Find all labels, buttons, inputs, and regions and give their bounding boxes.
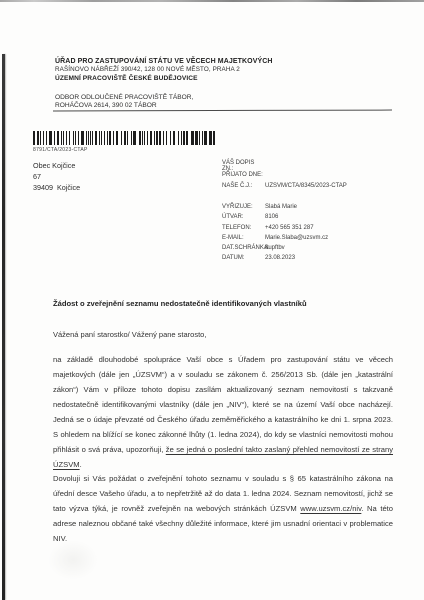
meta-value: UZSVM/CTA/8345/2023-CTAP <box>265 183 347 195</box>
meta-row-unit: ÚTVAR: 8106 <box>222 214 328 224</box>
department-block: ODBOR ODLOUČENÉ PRACOVIŠTĚ TÁBOR, ROHÁČO… <box>55 94 193 111</box>
meta-label: PŘIJATO DNE: <box>222 172 265 184</box>
scanned-letter-page: ÚŘAD PRO ZASTUPOVÁNÍ STÁTU VE VĚCECH MAJ… <box>0 0 424 600</box>
meta-row-databox: DAT.SCHRÁNKA: 8upftbv <box>222 245 328 255</box>
meta-row-phone: TELEFON: +420 565 351 287 <box>222 225 328 235</box>
meta-row-received-date: PŘIJATO DNE: <box>222 172 347 184</box>
scan-top-edge-artifact <box>0 0 424 2</box>
meta-label: DAT.SCHRÁNKA: <box>222 245 265 255</box>
meta-label: NAŠE Č.J.: <box>222 183 265 195</box>
meta-row-email: E-MAIL: Marie.Slaba@uzsvm.cz <box>222 235 328 245</box>
recipient-address: Obec Kojčice 67 39409 Kojčice <box>33 160 80 193</box>
body-paragraph-2: Dovoluji si Vás požádat o zveřejnění toh… <box>53 471 393 546</box>
scan-smudge-artifact <box>48 540 98 580</box>
office-branch: ÚZEMNÍ PRACOVIŠTĚ ČESKÉ BUDĚJOVICE <box>55 75 273 83</box>
meta-value: Slabá Marie <box>265 204 297 214</box>
paragraph1-period: . <box>80 460 82 469</box>
recipient-city: 39409 Kojčice <box>33 182 80 193</box>
meta-value: Marie.Slaba@uzsvm.cz <box>265 235 328 245</box>
meta-label: ÚTVAR: <box>222 214 265 224</box>
meta-row-our-ref: NAŠE Č.J.: UZSVM/CTA/8345/2023-CTAP <box>222 183 347 195</box>
barcode-number: 8791/CTA/2023-CTAP <box>33 147 88 153</box>
paragraph1-text: na základě dlouhodobé spolupráce Vaší ob… <box>53 355 393 454</box>
meta-value: +420 565 351 287 <box>265 225 314 235</box>
office-address: RAŠÍNOVO NÁBŘEŽÍ 390/42, 128 00 NOVÉ MĚS… <box>55 66 273 74</box>
meta-value: 8106 <box>265 214 278 224</box>
meta-label: TELEFON: <box>222 225 265 235</box>
scan-left-edge-artifact <box>2 54 5 600</box>
barcode <box>33 131 220 145</box>
meta-label: VYŘIZUJE: <box>222 204 265 214</box>
meta-label: DATUM: <box>222 255 265 265</box>
contact-block: VYŘIZUJE: Slabá Marie ÚTVAR: 8106 TELEFO… <box>222 204 328 266</box>
sender-header: ÚŘAD PRO ZASTUPOVÁNÍ STÁTU VE VĚCECH MAJ… <box>55 58 273 83</box>
meta-label: VÁŠ DOPIS ZN.: <box>222 160 265 172</box>
meta-value: 23.08.2023 <box>265 255 295 265</box>
header-divider <box>53 110 392 112</box>
subject-line: Žádost o zveřejnění seznamu nedostatečně… <box>53 299 393 308</box>
recipient-name: Obec Kojčice <box>33 160 80 171</box>
body-paragraph-1: na základě dlouhodobé spolupráce Vaší ob… <box>53 352 393 472</box>
salutation: Vážená paní starostko/ Vážený pane staro… <box>53 330 393 339</box>
meta-row-handler: VYŘIZUJE: Slabá Marie <box>222 204 328 214</box>
recipient-street: 67 <box>33 171 80 182</box>
meta-label: E-MAIL: <box>222 235 265 245</box>
meta-row-your-ref: VÁŠ DOPIS ZN.: <box>222 160 347 172</box>
meta-row-date: DATUM: 23.08.2023 <box>222 255 328 265</box>
website-link-text: www.uzsvm.cz/niv <box>300 504 361 513</box>
meta-value: 8upftbv <box>265 245 285 255</box>
reference-block: VÁŠ DOPIS ZN.: PŘIJATO DNE: NAŠE Č.J.: U… <box>222 160 347 195</box>
